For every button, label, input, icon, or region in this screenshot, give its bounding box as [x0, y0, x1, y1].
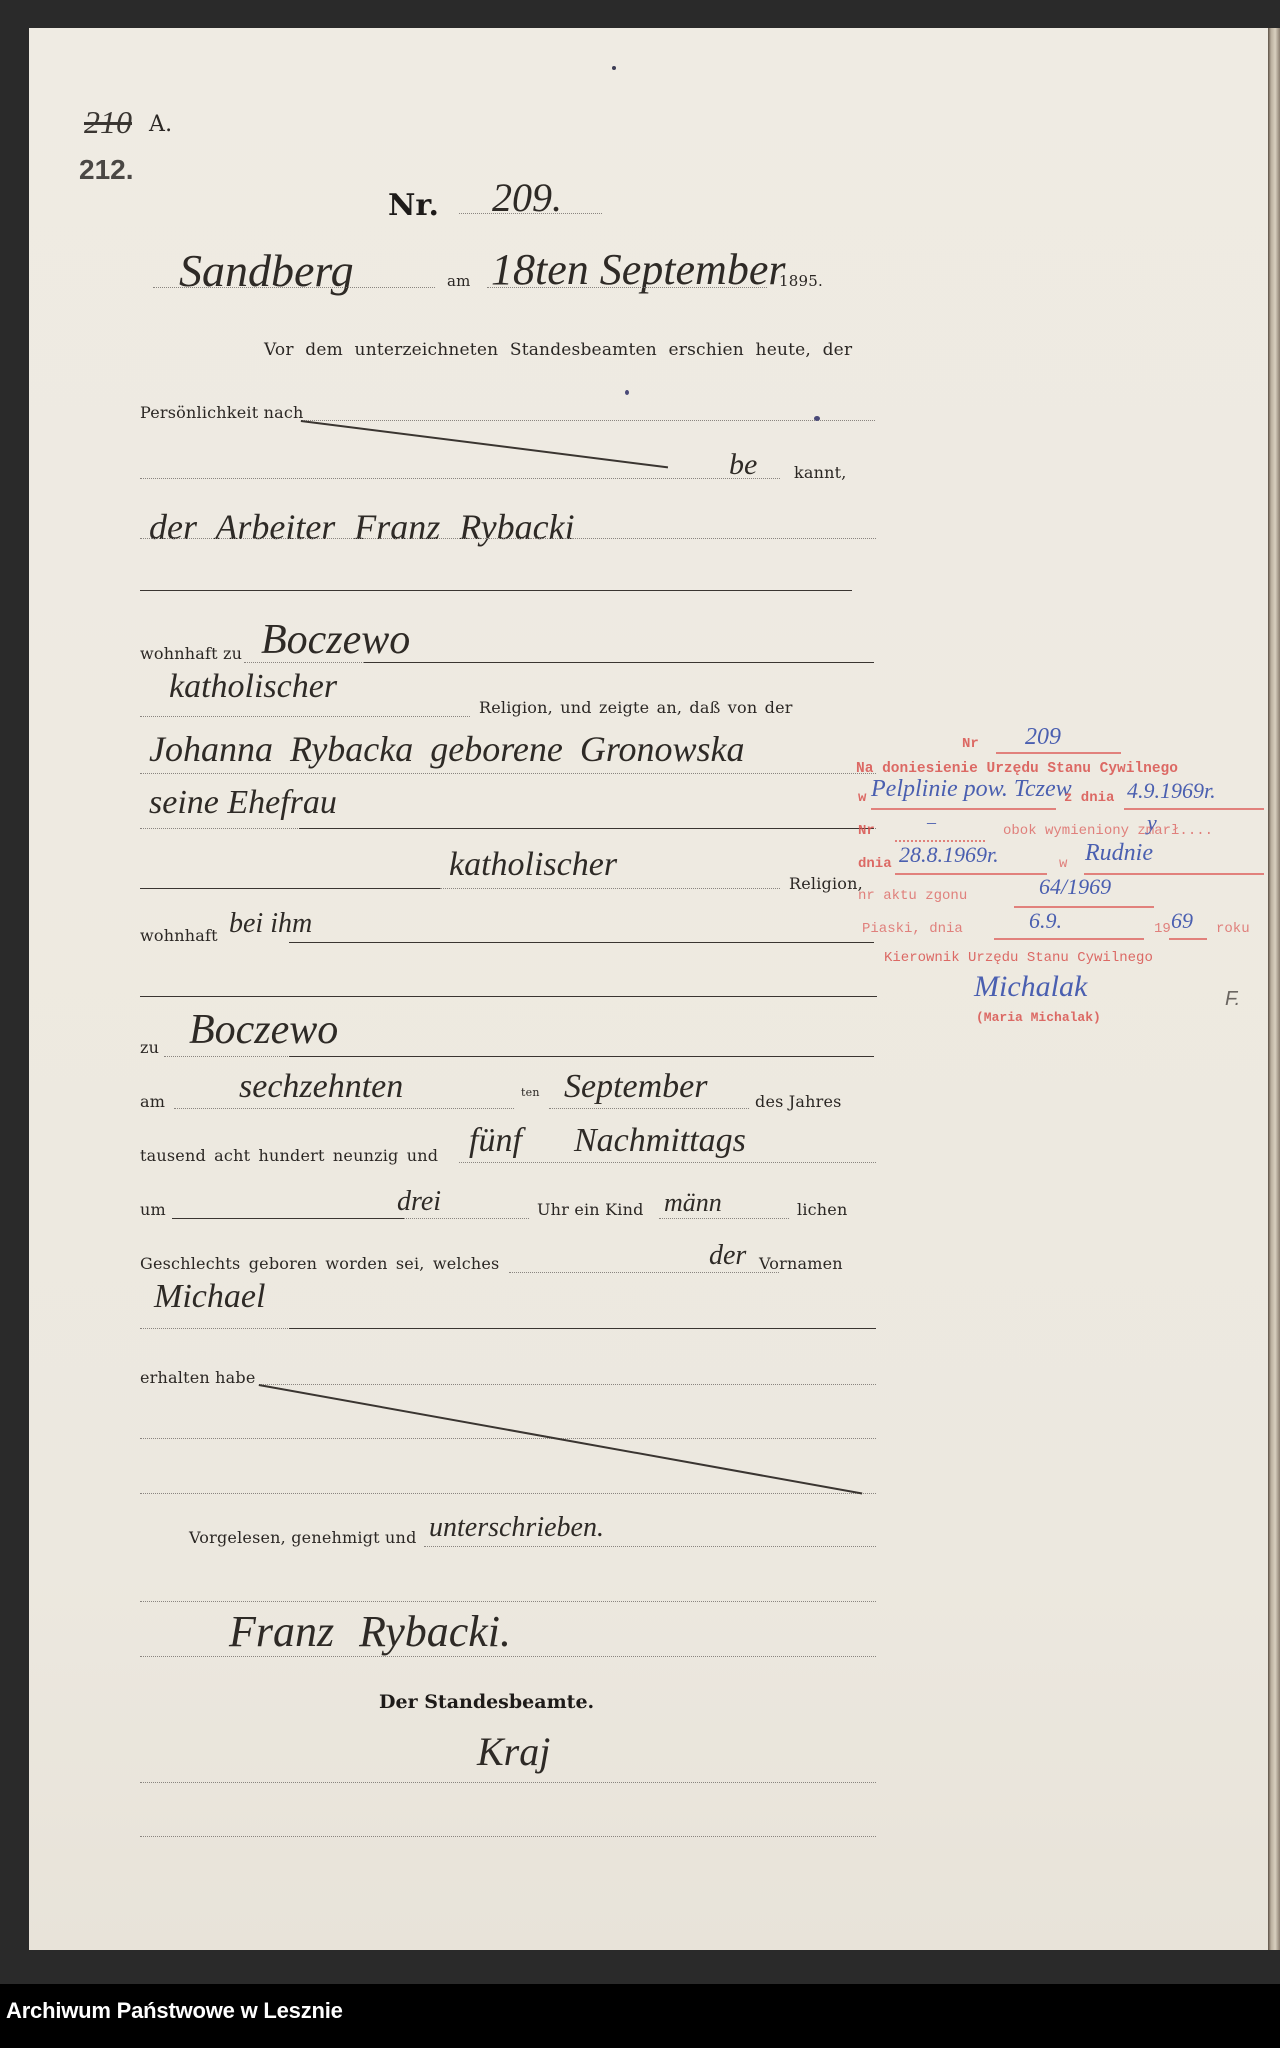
record-suffix: A.: [149, 112, 172, 137]
informant-name: der Arbeiter Franz Rybacki: [149, 506, 575, 548]
dotted-line: [140, 1836, 876, 1837]
fill-line: [364, 662, 874, 663]
am-label: am: [447, 272, 471, 290]
mother-name: Johanna Rybacka geborene Gronowska: [149, 728, 745, 770]
stamp-year-value: 69: [1171, 908, 1193, 934]
ink-spot: [814, 416, 820, 421]
stamp-w-value: Pelplinie pow. Tczew: [871, 776, 1072, 803]
known-suffix: kannt,: [794, 463, 847, 482]
child-sex: männ: [664, 1188, 722, 1218]
dotted-line: [140, 538, 876, 539]
birth-hour: drei: [397, 1186, 441, 1218]
vorgelesen-value: unterschrieben.: [429, 1512, 604, 1544]
dotted-line: [459, 1162, 876, 1163]
dotted-line: [459, 213, 602, 214]
stamp-piaski-label: Piaski, dnia: [862, 921, 963, 937]
stamp-line: [994, 938, 1144, 940]
stamp-akt-label: nr aktu zgonu: [858, 888, 967, 904]
ink-spot: [612, 66, 616, 70]
nr-label: Nr.: [388, 188, 439, 223]
mother-residence-value: bei ihm: [229, 908, 312, 940]
blank-line: [140, 996, 877, 997]
stamp-akt-value: 64/1969: [1039, 874, 1111, 900]
religion-label: Religion, und zeigte an, daß von der: [479, 698, 793, 717]
dotted-line: [140, 478, 780, 479]
stamp-line1: Na doniesienie Urzędu Stanu Cywilnego: [856, 761, 1178, 777]
stamp-line: [996, 752, 1121, 754]
erhalten-label: erhalten habe: [140, 1368, 256, 1387]
dotted-line: [174, 1108, 514, 1109]
vorgelesen-label: Vorgelesen, genehmigt und: [189, 1528, 417, 1547]
personality-label: Persönlichkeit nach: [140, 403, 304, 422]
fill-line: [289, 1328, 876, 1329]
stamp-nr-label: Nr: [962, 736, 979, 752]
fill-line: [299, 828, 874, 829]
stamp-signature: Michalak: [974, 970, 1087, 1004]
dotted-line: [659, 1218, 789, 1219]
stamp-w-label: w: [858, 790, 866, 806]
stamp-nr2-value: –: [927, 812, 936, 833]
dotted-line: [549, 1108, 749, 1109]
registrar-signature: Kraj: [477, 1728, 550, 1775]
fill-line: [289, 942, 874, 943]
dotted-line: [140, 773, 876, 774]
dotted-line: [301, 420, 875, 421]
stamp-w2-value: Rudnie: [1085, 840, 1153, 867]
page-edge: [1268, 28, 1280, 1950]
um-label: um: [140, 1200, 166, 1219]
dotted-line: [404, 1218, 529, 1219]
dotted-line: [140, 1656, 876, 1657]
stamp-zdnia-value: 4.9.1969r.: [1127, 778, 1216, 804]
informant-signature: Franz Rybacki.: [229, 1606, 511, 1657]
stamp-year-prefix: 19: [1154, 921, 1171, 937]
old-record-number: 210: [84, 104, 132, 141]
stamp-obok-suffix: y: [1147, 810, 1157, 836]
document-page: 210 A. 212. Nr. 209. Sandberg am 18ten S…: [29, 28, 1270, 1950]
stamp-signature-printed: (Maria Michalak): [976, 1010, 1101, 1025]
vornamen-label: Vornamen: [759, 1254, 843, 1273]
der-value: der: [709, 1240, 746, 1272]
dotted-line: [140, 1438, 876, 1439]
blank-line: [140, 590, 852, 591]
dotted-line: [140, 1782, 876, 1783]
mother-residence-label: wohnhaft: [140, 926, 218, 945]
lichen-label: lichen: [797, 1200, 847, 1219]
zu-label: zu: [140, 1038, 159, 1057]
religion-value: katholischer: [169, 668, 337, 706]
dotted-line: [140, 716, 470, 717]
stamp-line: [1169, 938, 1207, 940]
mother-religion-value: katholischer: [449, 846, 617, 884]
place-name: Sandberg: [179, 244, 354, 297]
residence-value: Boczewo: [261, 616, 410, 664]
mother-relation: seine Ehefrau: [149, 784, 337, 822]
uhr-label: Uhr ein Kind: [537, 1200, 644, 1219]
birth-day: sechzehnten: [239, 1068, 403, 1106]
stamp-piaski-value: 6.9.: [1029, 908, 1062, 934]
ink-spot: [625, 390, 629, 395]
dotted-line: [153, 287, 435, 288]
birth-month: September: [564, 1068, 708, 1106]
new-record-number: 212.: [79, 154, 134, 186]
known-prefix: be: [729, 448, 757, 482]
geschlechts-label: Geschlechts geboren worden sei, welches: [140, 1254, 499, 1273]
ten-label: ten: [521, 1086, 540, 1099]
residence-label: wohnhaft zu: [140, 644, 242, 663]
stamp-roku-label: roku: [1216, 921, 1250, 937]
registrar-label: Der Standesbeamte.: [379, 1691, 594, 1713]
fill-line: [172, 1218, 404, 1219]
zu-value: Boczewo: [189, 1006, 338, 1054]
stamp-nr2-label: Nr: [858, 823, 875, 839]
stamp-kierownik-label: Kierownik Urzędu Stanu Cywilnego: [884, 950, 1153, 966]
stamp-line: [1124, 808, 1264, 810]
stamp-dnia-label: dnia: [858, 856, 892, 872]
dotted-line: [440, 888, 780, 889]
stamp-line: [871, 808, 1056, 810]
intro-text: Vor dem unterzeichneten Standesbeamten e…: [264, 340, 852, 360]
stamp-obok-label: obok wymieniony zmarł....: [1003, 823, 1213, 839]
stamp-zdnia-label: z dnia: [1064, 790, 1114, 806]
dotted-line: [424, 1546, 876, 1547]
stamp-w2-label: w: [1059, 856, 1067, 872]
dotted-line: [259, 1384, 876, 1385]
archive-footer: Archiwum Państwowe w Lesznie: [0, 1984, 1280, 2048]
mother-religion-label: Religion,: [789, 874, 863, 893]
archive-name: Archiwum Państwowe w Lesznie: [6, 1998, 343, 2024]
stamp-line: [895, 873, 1047, 875]
record-year: 1895.: [779, 272, 823, 290]
dotted-line: [140, 1493, 876, 1494]
am-label: am: [140, 1092, 165, 1111]
strike-line: [259, 1384, 863, 1494]
birth-year-value: fünf: [469, 1122, 522, 1160]
fill-line: [140, 888, 440, 889]
child-first-name: Michael: [154, 1278, 265, 1316]
year-prefix: tausend acht hundert neunzig und: [140, 1146, 438, 1165]
dotted-line: [140, 1601, 876, 1602]
dotted-line: [509, 1272, 779, 1273]
fill-line: [289, 1056, 874, 1057]
dotted-line: [487, 287, 767, 288]
strike-line: [301, 420, 668, 468]
des-jahres-label: des Jahres: [755, 1092, 842, 1111]
stamp-dnia-value: 28.8.1969r.: [899, 842, 999, 868]
side-mark: F.: [1225, 988, 1240, 1011]
stamp-nr-value: 209: [1025, 724, 1061, 751]
time-of-day: Nachmittags: [574, 1122, 746, 1160]
